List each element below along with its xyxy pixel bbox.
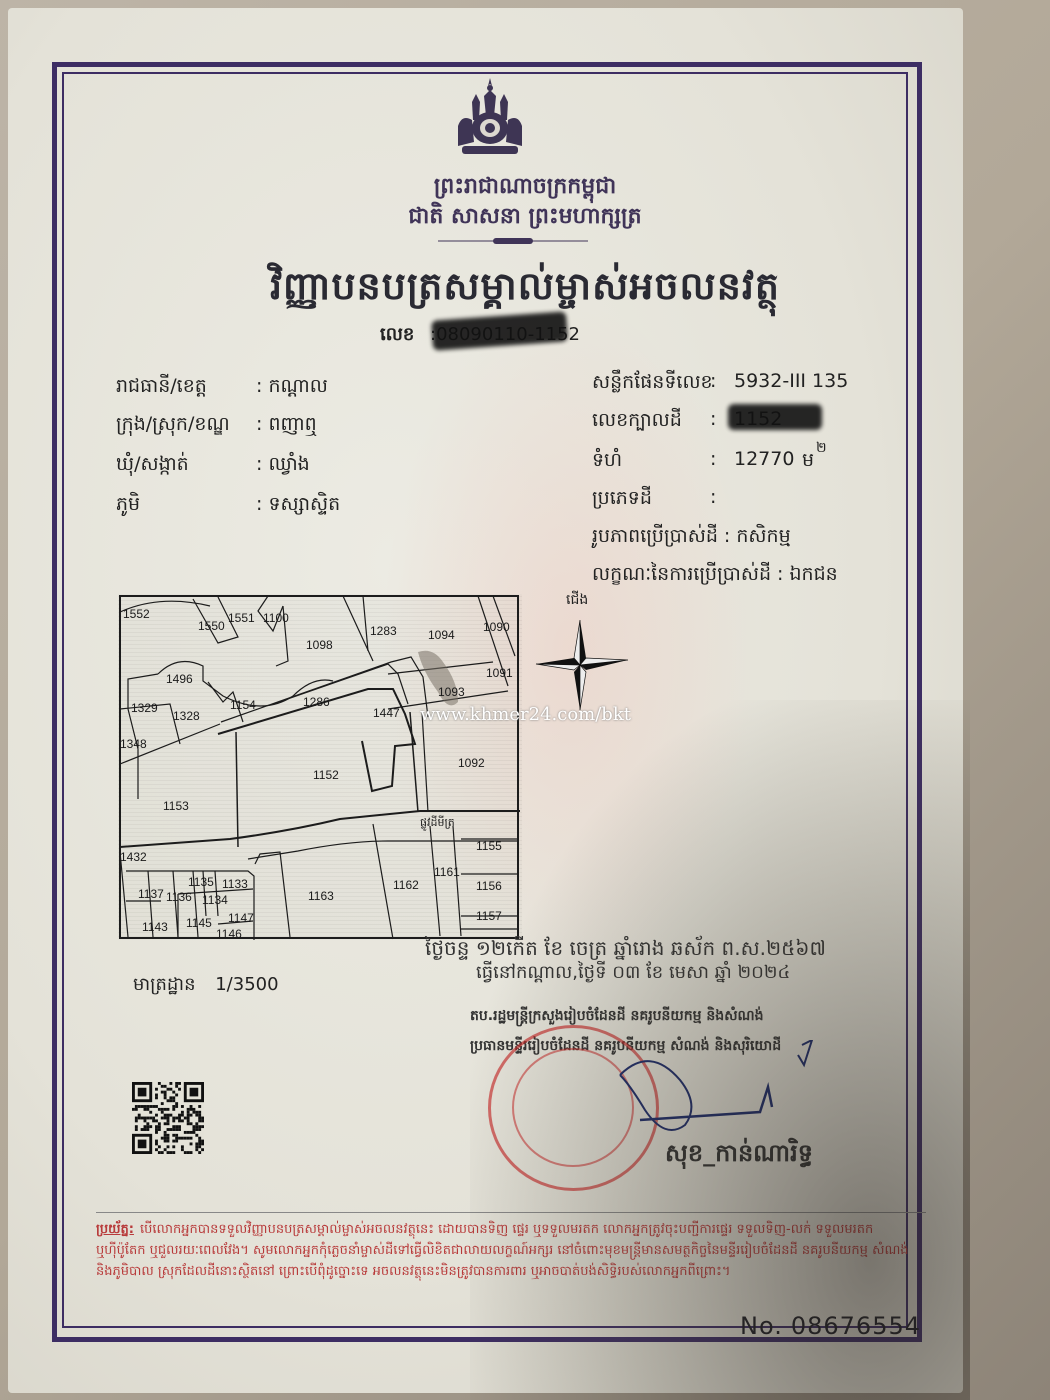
parcel-number-label: 1153 — [163, 799, 189, 813]
field-label: ឃុំ/សង្កាត់ — [116, 452, 189, 480]
parcel-number-label: 1552 — [123, 607, 150, 621]
field-label: លេខក្បាលដី — [592, 408, 682, 436]
parcel-number-label: 1146 — [216, 927, 242, 940]
field-label: ក្រុង/ស្រុក/ខណ្ឌ — [116, 412, 230, 440]
kingdom-name: ព្រះរាជាណាចក្រកម្ពុជា — [0, 172, 1050, 204]
field-colon: : — [724, 525, 730, 547]
location-field: ឃុំ/សង្កាត់: ឈ្វាំង — [116, 452, 189, 480]
serial-label: លេខ — [380, 324, 414, 345]
parcel-number-label: 1286 — [303, 695, 330, 709]
parcel-number-label: 1093 — [438, 685, 465, 699]
parcel-field: សន្លឹកផែនទីលេខ:5932-III 135 — [592, 370, 713, 398]
field-value: ឯកជន — [789, 563, 837, 585]
field-colon: : — [710, 408, 716, 430]
parcel-number-label: 1090 — [483, 620, 510, 634]
location-field: រាជធានី/ខេត្ត: កណ្ដាល — [116, 374, 207, 402]
warning-notice: ប្រយ័ត្ន:បើលោកអ្នកបានទទួលវិញ្ញាបនបត្រសម្… — [96, 1212, 926, 1305]
signer-name: សុខ_កាន់ណារិទ្ធ — [665, 1138, 813, 1173]
field-value: : ពញាឮ — [256, 412, 317, 440]
field-value: 5932-III 135 — [734, 370, 848, 392]
signature-icon — [580, 1040, 820, 1150]
field-label: ប្រភេទដី — [592, 486, 652, 514]
notice-keyword: ប្រយ័ត្ន: — [96, 1222, 134, 1237]
parcel-number-label: 1155 — [476, 839, 502, 853]
royal-emblem-icon — [448, 76, 532, 160]
parcel-number-label: 1329 — [131, 701, 158, 715]
parcel-number-label: 1496 — [166, 672, 193, 686]
area-unit: ម — [802, 448, 814, 476]
field-colon: : — [777, 563, 783, 585]
location-field: ក្រុង/ស្រុក/ខណ្ឌ: ពញាឮ — [116, 412, 230, 440]
field-label: ភូមិ — [116, 492, 140, 520]
parcel-number-label: 1137 — [138, 887, 164, 901]
parcel-number-label: 1094 — [428, 628, 455, 642]
parcel-number-label: 1100 — [263, 611, 289, 625]
parcel-field: ប្រភេទដី: — [592, 486, 652, 514]
parcel-number-label: 1147 — [228, 911, 254, 925]
parcel-number-label: 1098 — [306, 638, 333, 652]
parcel-number-label: 1432 — [120, 850, 147, 864]
location-field: ភូមិ: ទស្សាស្ទិត — [116, 492, 140, 520]
parcel-number-label: 1134 — [202, 893, 228, 907]
parcel-number-label: 1162 — [393, 878, 419, 892]
field-label: សន្លឹកផែនទីលេខ — [592, 370, 713, 398]
document-number: No.08676554 — [740, 1312, 921, 1340]
national-motto: ជាតិ សាសនា ព្រះមហាក្សត្រ — [0, 202, 1050, 234]
road-label: ផ្លូវដីមីត្រ — [420, 815, 455, 831]
parcel-field: រូបភាពប្រើប្រាស់ដី: កសិកម្ម — [592, 524, 791, 552]
parcel-field: លក្ខណៈនៃការប្រើប្រាស់ដី: ឯកជន — [592, 562, 838, 590]
area-unit-superscript: ២ — [816, 438, 827, 459]
field-label: រូបភាពប្រើប្រាស់ដី — [592, 524, 718, 552]
place-and-date: ធ្វើនៅកណ្ដាល,ថ្ងៃទី ០៣ ខែ មេសា ឆ្នាំ ២០២… — [476, 960, 790, 987]
parcel-number-label: 1447 — [373, 706, 400, 720]
notice-text: បើលោកអ្នកបានទទួលវិញ្ញាបនបត្រសម្គាល់ម្ចាស… — [96, 1222, 909, 1279]
map-scale: មាត្រដ្ឋាន 1/3500 — [133, 972, 279, 999]
parcel-number-label: 1156 — [476, 879, 502, 893]
field-value: : កណ្ដាល — [256, 374, 328, 402]
parcel-number-label: 1163 — [308, 889, 334, 903]
doc-number-value: 08676554 — [791, 1312, 921, 1340]
ministry-office-line: តប.រដ្ឋមន្ត្រីក្រសួងរៀបចំដែនដី នគរូបនីយក… — [470, 1006, 764, 1027]
field-value: : ឈ្វាំង — [256, 452, 310, 480]
parcel-number-label: 1091 — [486, 666, 513, 680]
parcel-number-label: 1092 — [458, 756, 485, 770]
parcel-number-label: 1550 — [198, 619, 225, 633]
scale-label: មាត្រដ្ឋាន — [133, 974, 196, 995]
parcel-map-drawing: 1552155015511100109812831094109010911093… — [118, 594, 522, 940]
parcel-number-label: 1133 — [222, 877, 248, 891]
field-label: លក្ខណៈនៃការប្រើប្រាស់ដី — [592, 562, 771, 590]
ornament-divider-icon — [438, 238, 588, 244]
field-value: : ទស្សាស្ទិត — [256, 492, 340, 520]
redaction-mark — [728, 404, 822, 430]
parcel-number-label: 1348 — [120, 737, 147, 751]
parcel-number-label: 1161 — [434, 865, 460, 879]
field-colon: : — [710, 448, 716, 470]
cadastral-map: 1552155015511100109812831094109010911093… — [118, 594, 522, 940]
field-colon: : — [710, 370, 716, 392]
north-label: ជើង — [566, 590, 588, 611]
parcel-number-label: 1136 — [166, 890, 192, 904]
parcel-number-label: 1145 — [186, 916, 212, 930]
certificate-title: វិញ្ញាបនបត្រសម្គាល់ម្ចាស់អចលនវត្ថុ — [0, 262, 1050, 318]
field-value: 12770 — [734, 448, 794, 470]
field-label: ទំហំ — [592, 448, 622, 476]
parcel-field: លេខក្បាលដី:1152 — [592, 408, 682, 436]
parcel-number-label: 1157 — [476, 909, 502, 923]
qr-code-icon — [130, 1082, 206, 1154]
scale-value: 1/3500 — [215, 974, 278, 995]
field-colon: : — [710, 486, 716, 508]
parcel-number-label: 1551 — [228, 611, 255, 625]
field-value: កសិកម្ម — [736, 525, 790, 547]
parcel-number-label: 1135 — [188, 875, 214, 889]
parcel-number-label: 1283 — [370, 624, 397, 638]
parcel-number-label: 1143 — [142, 920, 168, 934]
field-label: រាជធានី/ខេត្ត — [116, 374, 207, 402]
parcel-number-label: 1154 — [230, 698, 256, 712]
doc-number-label: No. — [740, 1312, 783, 1340]
parcel-field: ទំហំ:12770ម២ — [592, 448, 622, 476]
north-compass-icon — [532, 620, 632, 710]
parcel-number-label: 1328 — [173, 709, 200, 723]
parcel-number-label: 1152 — [313, 768, 339, 782]
